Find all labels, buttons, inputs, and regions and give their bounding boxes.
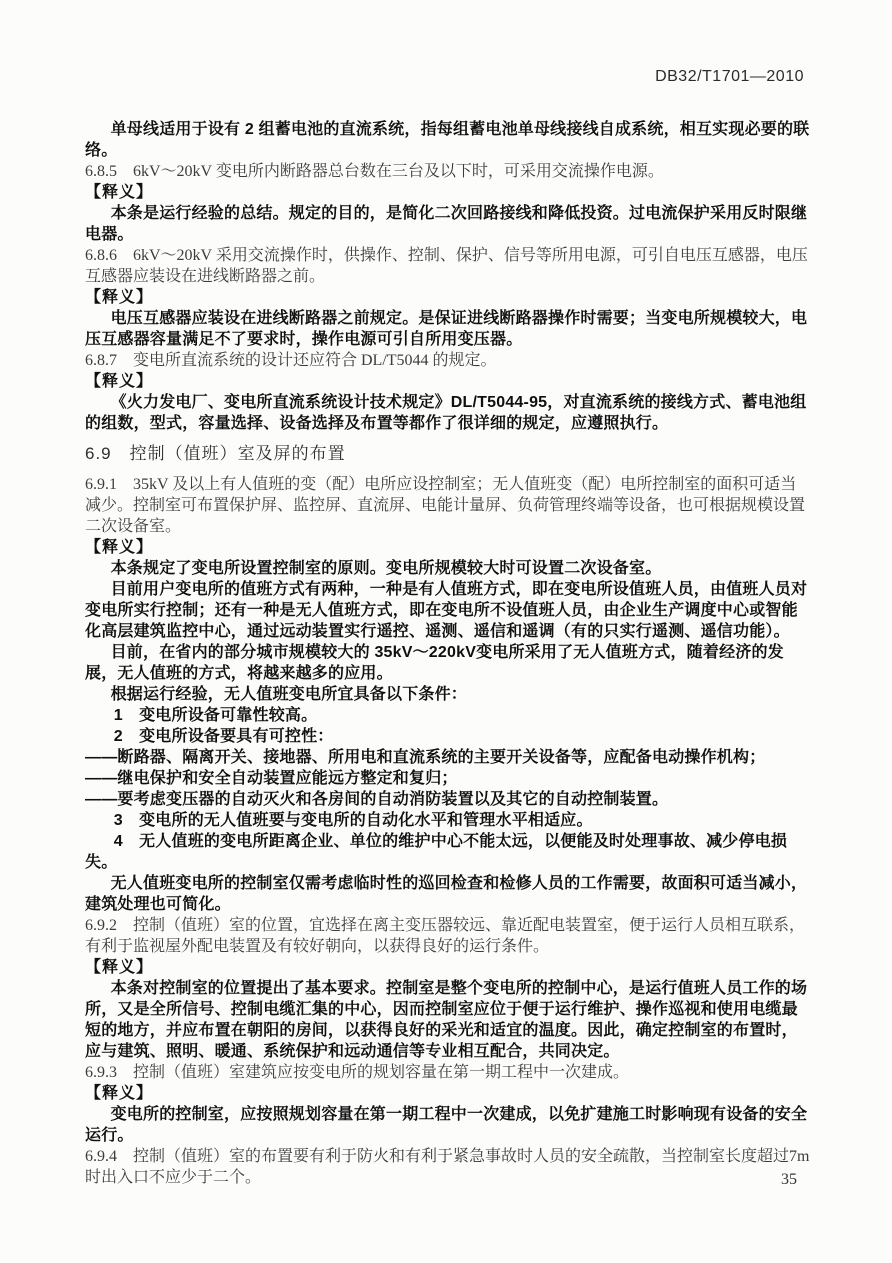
clause-6-9-3: 6.9.3 控制（值班）室建筑应按变电所的规划容量在第一期工程中一次建成。 [85,1062,812,1083]
section-heading-6-9: 6.9 控制（值班）室及屏的布置 [85,443,812,464]
standard-code-header: DB32/T1701—2010 [85,68,804,86]
dash-item-relay-protection: ——继电保护和安全自动装置应能远方整定和复归； [85,768,812,789]
clause-6-9-1: 6.9.1 35kV 及以上有人值班的变（配）电所应设控制室；无人值班变（配）电… [85,474,812,537]
shiyi-paragraph-6-8-7: 《火力发电厂、变电所直流系统设计技术规定》DL/T5044-95，对直流系统的接… [85,392,812,434]
shiyi-label: 【释义】 [85,371,812,392]
dash-item-fire-control: ——要考虑变压器的自动灭火和各房间的自动消防装置以及其它的自动控制装置。 [85,789,812,810]
condition-item-3: 3 变电所的无人值班要与变电所的自动化水平和管理水平相适应。 [85,810,812,831]
shiyi-paragraph-6-9-2: 本条对控制室的位置提出了基本要求。控制室是整个变电所的控制中心，是运行值班人员工… [85,978,812,1062]
shiyi-paragraph-6-9-1-b: 目前用户变电所的值班方式有两种，一种是有人值班方式，即在变电所设值班人员，由值班… [85,579,812,642]
page-number: 35 [781,1171,797,1189]
document-page: DB32/T1701—2010 单母线适用于设有 2 组蓄电池的直流系统，指每组… [0,0,892,1263]
document-body: 单母线适用于设有 2 组蓄电池的直流系统，指每组蓄电池单母线接线自成系统，相互实… [85,119,812,1188]
shiyi-paragraph-6-8-6: 电压互感器应装设在进线断路器之前规定。是保证进线断路器操作时需要；当变电所规模较… [85,308,812,350]
shiyi-label: 【释义】 [85,182,812,203]
shiyi-paragraph-6-8-5: 本条是运行经验的总结。规定的目的，是简化二次回路接线和降低投资。过电流保护采用反… [85,203,812,245]
shiyi-paragraph-6-9-3: 变电所的控制室，应按照规划容量在第一期工程中一次建成，以免扩建施工时影响现有设备… [85,1104,812,1146]
shiyi-paragraph-6-9-1-d: 根据运行经验，无人值班变电所宜具备以下条件： [85,684,812,705]
condition-item-1: 1 变电所设备可靠性较高。 [85,705,812,726]
condition-item-4: 4 无人值班的变电所距离企业、单位的维护中心不能太远，以便能及时处理事故、减少停… [85,831,812,873]
clause-6-8-6: 6.8.6 6kV～20kV 采用交流操作时，供操作、控制、保护、信号等所用电源… [85,245,812,287]
shiyi-label: 【释义】 [85,957,812,978]
clause-6-8-7: 6.8.7 变电所直流系统的设计还应符合 DL/T5044 的规定。 [85,350,812,371]
shiyi-paragraph-6-9-1-a: 本条规定了变电所设置控制室的原则。变电所规模较大时可设置二次设备室。 [85,558,812,579]
condition-item-2: 2 变电所设备要具有可控性： [85,726,812,747]
paragraph-intro-single-busbar: 单母线适用于设有 2 组蓄电池的直流系统，指每组蓄电池单母线接线自成系统，相互实… [85,119,812,161]
shiyi-paragraph-6-9-1-e: 无人值班变电所的控制室仅需考虑临时性的巡回检查和检修人员的工作需要，故面积可适当… [85,873,812,915]
clause-6-9-2: 6.9.2 控制（值班）室的位置，宜选择在离主变压器较远、靠近配电装置室，便于运… [85,915,812,957]
shiyi-label: 【释义】 [85,287,812,308]
shiyi-paragraph-6-9-1-c: 目前，在省内的部分城市规模较大的 35kV～220kV变电所采用了无人值班方式，… [85,642,812,684]
clause-6-9-4: 6.9.4 控制（值班）室的布置要有利于防火和有利于紧急事故时人员的安全疏散，当… [85,1146,812,1188]
dash-item-breakers: ——断路器、隔离开关、接地器、所用电和直流系统的主要开关设备等，应配备电动操作机… [85,747,812,768]
clause-6-8-5: 6.8.5 6kV～20kV 变电所内断路器总台数在三台及以下时，可采用交流操作… [85,161,812,182]
shiyi-label: 【释义】 [85,1083,812,1104]
shiyi-label: 【释义】 [85,537,812,558]
